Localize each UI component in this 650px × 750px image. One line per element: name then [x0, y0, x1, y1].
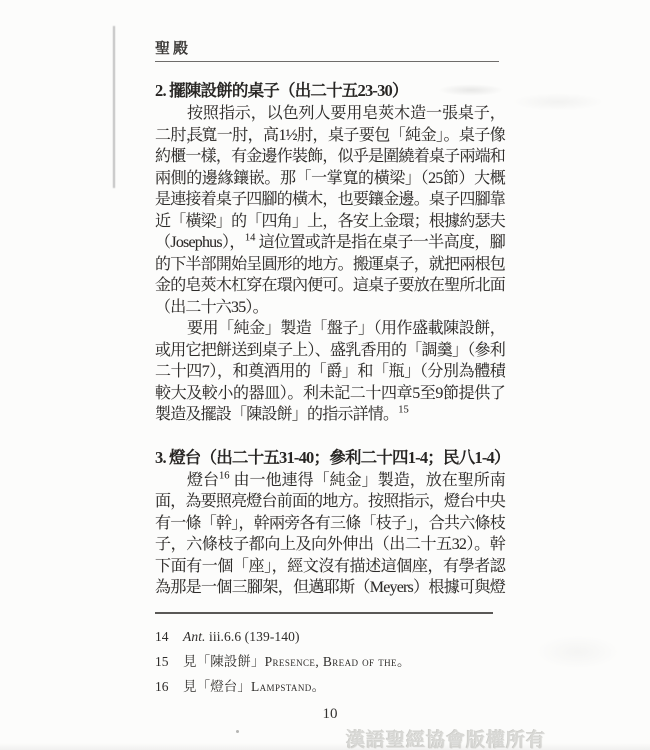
scan-speck	[236, 730, 239, 733]
text-line: 下面有一個「座」，經文沒有描述這個座，有學者認	[155, 556, 505, 578]
footnote-text: 見「陳設餅」Presence, Bread of the。	[183, 649, 515, 674]
text-line: 近「橫梁」的「四角」上，各安上金環；根據約瑟夫	[155, 211, 505, 233]
text-line: 為那是一個三腳架，但邁耶斯（Meyers）根據可與燈	[155, 577, 505, 599]
text-line: 二肘，寬一肘，高1½肘，桌子要包「純金」。桌子像	[155, 125, 505, 147]
footnote-number: 16	[155, 674, 183, 699]
text-line: 或用它把餅送到桌子上）、盛乳香用的「調羹」（參利	[155, 340, 505, 362]
scan-smudge	[512, 93, 604, 111]
footnote-row: 15見「陳設餅」Presence, Bread of the。	[155, 649, 515, 674]
scan-smudge	[535, 635, 620, 669]
text-line: 按照指示，以色列人要用皂莢木造一張桌子，長	[155, 103, 505, 125]
page-edge-shade	[0, 743, 650, 750]
text-line: 製造及擺設「陳設餅」的指示詳情。15	[155, 404, 505, 426]
text-line: 要用「純金」製造「盤子」（用作盛載陳設餅，	[155, 318, 505, 340]
text-line: 面，為要照亮燈台前面的地方。按照指示，燈台中央	[155, 491, 505, 513]
text-line: 的下半部開始呈圓形的地方。搬運桌子，就把兩根包	[155, 254, 505, 276]
text-line: 是連接着桌子四腳的橫木，也要鑲金邊。桌子四腳靠	[155, 189, 505, 211]
header-rule	[155, 61, 499, 62]
footnote-text: 見「燈台」Lampstand。	[183, 674, 515, 699]
footnote-text: Ant. iii.6.6 (139-140)	[183, 624, 515, 649]
text-line: （Josephus），14 這位置或許是指在桌子一半高度，腳	[155, 232, 505, 254]
section-heading: 3. 燈台（出二十五31-40；參利二十四1-4；民八1-4）	[155, 446, 505, 470]
text-line: 兩側的邊緣鑲嵌。那「一掌寬的橫梁」（25節）大概	[155, 168, 505, 190]
footnotes: 14Ant. iii.6.6 (139-140)15見「陳設餅」Presence…	[155, 624, 515, 699]
footnote-row: 16見「燈台」Lampstand。	[155, 674, 515, 699]
book-page: 聖殿 2. 擺陳設餅的桌子（出二十五23-30）按照指示，以色列人要用皂莢木造一…	[0, 0, 650, 750]
scan-artifact-line	[113, 26, 115, 188]
footnote-rule	[155, 612, 493, 614]
text-line: 燈台16 由一他連得「純金」製造，放在聖所南	[155, 470, 505, 492]
main-text-column: 2. 擺陳設餅的桌子（出二十五23-30）按照指示，以色列人要用皂莢木造一張桌子…	[155, 79, 505, 599]
footnote-number: 15	[155, 649, 183, 674]
text-line: 有一條「幹」，幹兩旁各有三條「枝子」，合共六條枝	[155, 513, 505, 535]
running-header: 聖殿	[155, 37, 191, 58]
footnote-row: 14Ant. iii.6.6 (139-140)	[155, 624, 515, 649]
text-line: （出二十六35）。	[155, 297, 505, 319]
text-line: 較大及較小的器皿）。利未記二十四章5至9節提供了	[155, 383, 505, 405]
text-line: 金的皂莢木杠穿在環內便可。這桌子要放在聖所北面	[155, 275, 505, 297]
text-line: 二十四7），和奠酒用的「爵」和「瓶」（分別為體積	[155, 361, 505, 383]
text-line: 子，六條枝子都向上及向外伸出（出二十五32）。幹	[155, 534, 505, 556]
text-line: 約櫃一樣，有金邊作裝飾，似乎是圍繞着桌子兩端和	[155, 146, 505, 168]
section-heading: 2. 擺陳設餅的桌子（出二十五23-30）	[155, 79, 505, 103]
footnote-number: 14	[155, 624, 183, 649]
page-number: 10	[300, 706, 360, 723]
